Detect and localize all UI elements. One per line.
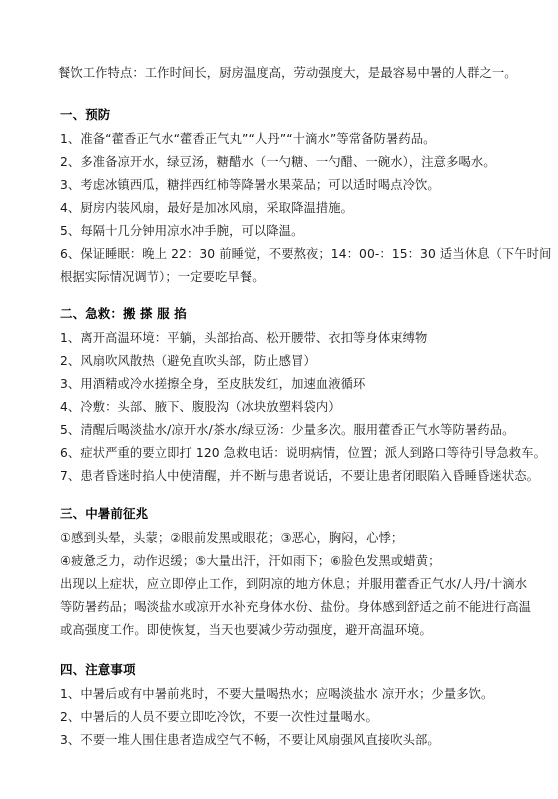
list-item: 4、冷敷：头部、腋下、腹股沟（冰块放塑料袋内） <box>60 399 341 415</box>
list-item: 6、保证睡眠：晚上 22：30 前睡觉，不要熬夜；14：00-：15：30 适当… <box>60 246 551 262</box>
section-heading-first-aid: 二、急救：搬 搽 服 掐 <box>60 306 187 322</box>
list-item: 1、中暑后或有中暑前兆时，不要大量喝热水；应喝淡盐水 凉开水；少量多饮。 <box>60 686 493 702</box>
section-heading-notes: 四、注意事项 <box>60 662 136 678</box>
list-item: 5、每隔十几分钟用凉水冲手腕，可以降温。 <box>60 223 303 239</box>
list-item: 2、多准备凉开水，绿豆汤，糖醋水（一勺糖、一勺醋、一碗水），注意多喝水。 <box>60 154 496 170</box>
list-item: 6、症状严重的要立即打 120 急救电话：说明病情，位置；派人到路口等待引导急救… <box>60 445 546 461</box>
list-item: ①感到头晕，头蒙；②眼前发黑或眼花；③恶心，胸闷，心悸； <box>60 530 403 546</box>
list-item: 3、考虑冰镇西瓜，糖拌西红柿等降暑水果菜品；可以适时喝点冷饮。 <box>60 177 440 193</box>
section-heading-prevention: 一、预防 <box>60 107 110 123</box>
list-item: 3、用酒精或冷水搓擦全身，至皮肤发红，加速血液循环 <box>60 376 365 392</box>
list-item: 7、患者昏迷时掐人中使清醒，并不断与患者说话，不要让患者闭眼陷入昏睡昏迷状态。 <box>60 468 539 484</box>
list-item: 3、不要一堆人围住患者造成空气不畅，不要让风扇强风直接吹头部。 <box>60 732 440 748</box>
list-item: 2、风扇吹风散热（避免直吹头部，防止感冒） <box>60 353 316 369</box>
paragraph-line: 或高强度工作。即使恢复，当天也要减少劳动强度，避开高温环境。 <box>60 622 432 638</box>
list-item: 2、中暑后的人员不要立即吃冷饮，不要一次性过量喝水。 <box>60 709 378 725</box>
list-item-continued: 根据实际情况调节）；一定要吃早餐。 <box>60 269 265 285</box>
section-heading-symptoms: 三、中暑前征兆 <box>60 506 148 522</box>
list-item: ④疲惫乏力，动作迟缓；⑤大量出汗，汗如雨下；⑥脸色发黑或蜡黄； <box>60 553 441 569</box>
list-item: 5、清醒后喝淡盐水/凉开水/茶水/绿豆汤：少量多次。服用藿香正气水等防暑药品。 <box>60 422 515 438</box>
list-item: 1、离开高温环境：平躺，头部抬高、松开腰带、衣扣等身体束缚物 <box>60 330 427 346</box>
list-item: 1、准备“藿香正气水“藿香正气丸”“人丹”“十滴水”等常备防暑药品。 <box>60 131 436 147</box>
paragraph-line: 等防暑药品；喝淡盐水或凉开水补充身体水份、盐份。身体感到舒适之前不能进行高温 <box>60 599 531 615</box>
paragraph-line: 出现以上症状，应立即停止工作，到阴凉的地方休息；并服用藿香正气水/人丹/十滴水 <box>60 576 527 592</box>
list-item: 4、厨房内装风扇，最好是加冰风扇，采取降温措施。 <box>60 200 353 216</box>
document-page: 餐饮工作特点：工作时间长，厨房温度高，劳动强度大，是最容易中暑的人群之一。 一、… <box>0 0 558 799</box>
intro-paragraph: 餐饮工作特点：工作时间长，厨房温度高，劳动强度大，是最容易中暑的人群之一。 <box>58 65 517 81</box>
